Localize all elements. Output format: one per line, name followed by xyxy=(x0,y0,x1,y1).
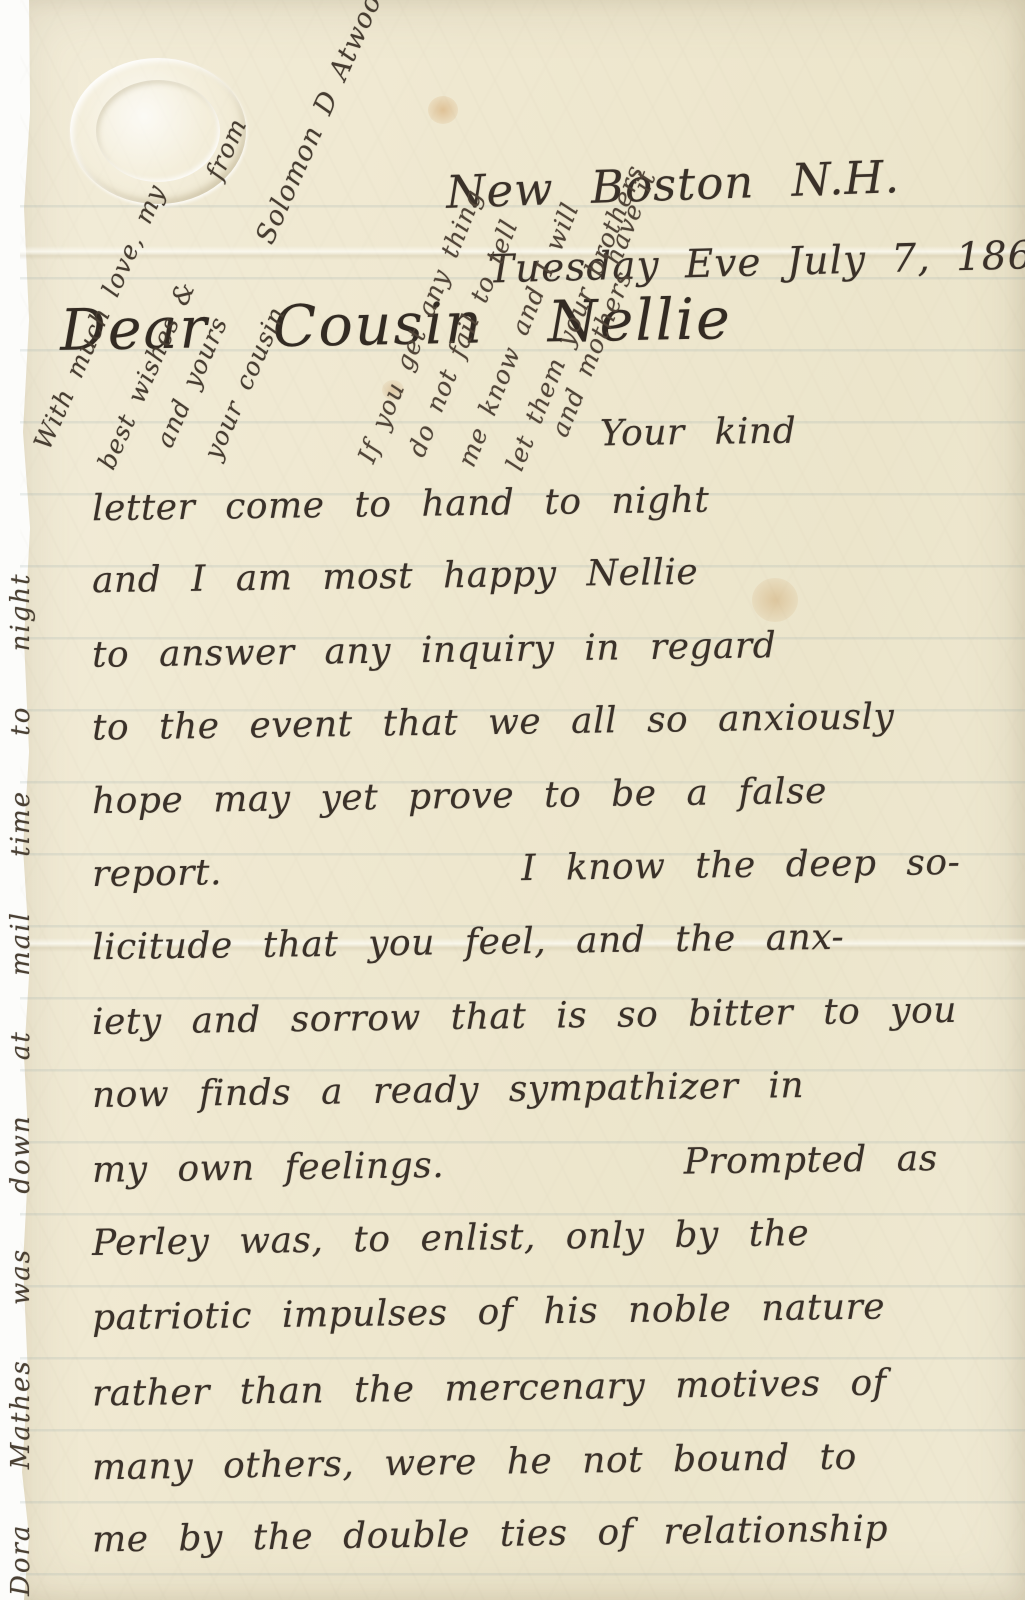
letter-scan: New Boston N.H. Tuesday Eve July 7, 1863… xyxy=(0,0,1025,1600)
margin-note: Dora Mathes was down at mail time to nig… xyxy=(6,572,36,1596)
body-line: and I am most happy Nellie xyxy=(92,552,699,601)
body-line: letter come to hand to night xyxy=(92,480,710,530)
body-line: Your kind xyxy=(600,411,797,455)
